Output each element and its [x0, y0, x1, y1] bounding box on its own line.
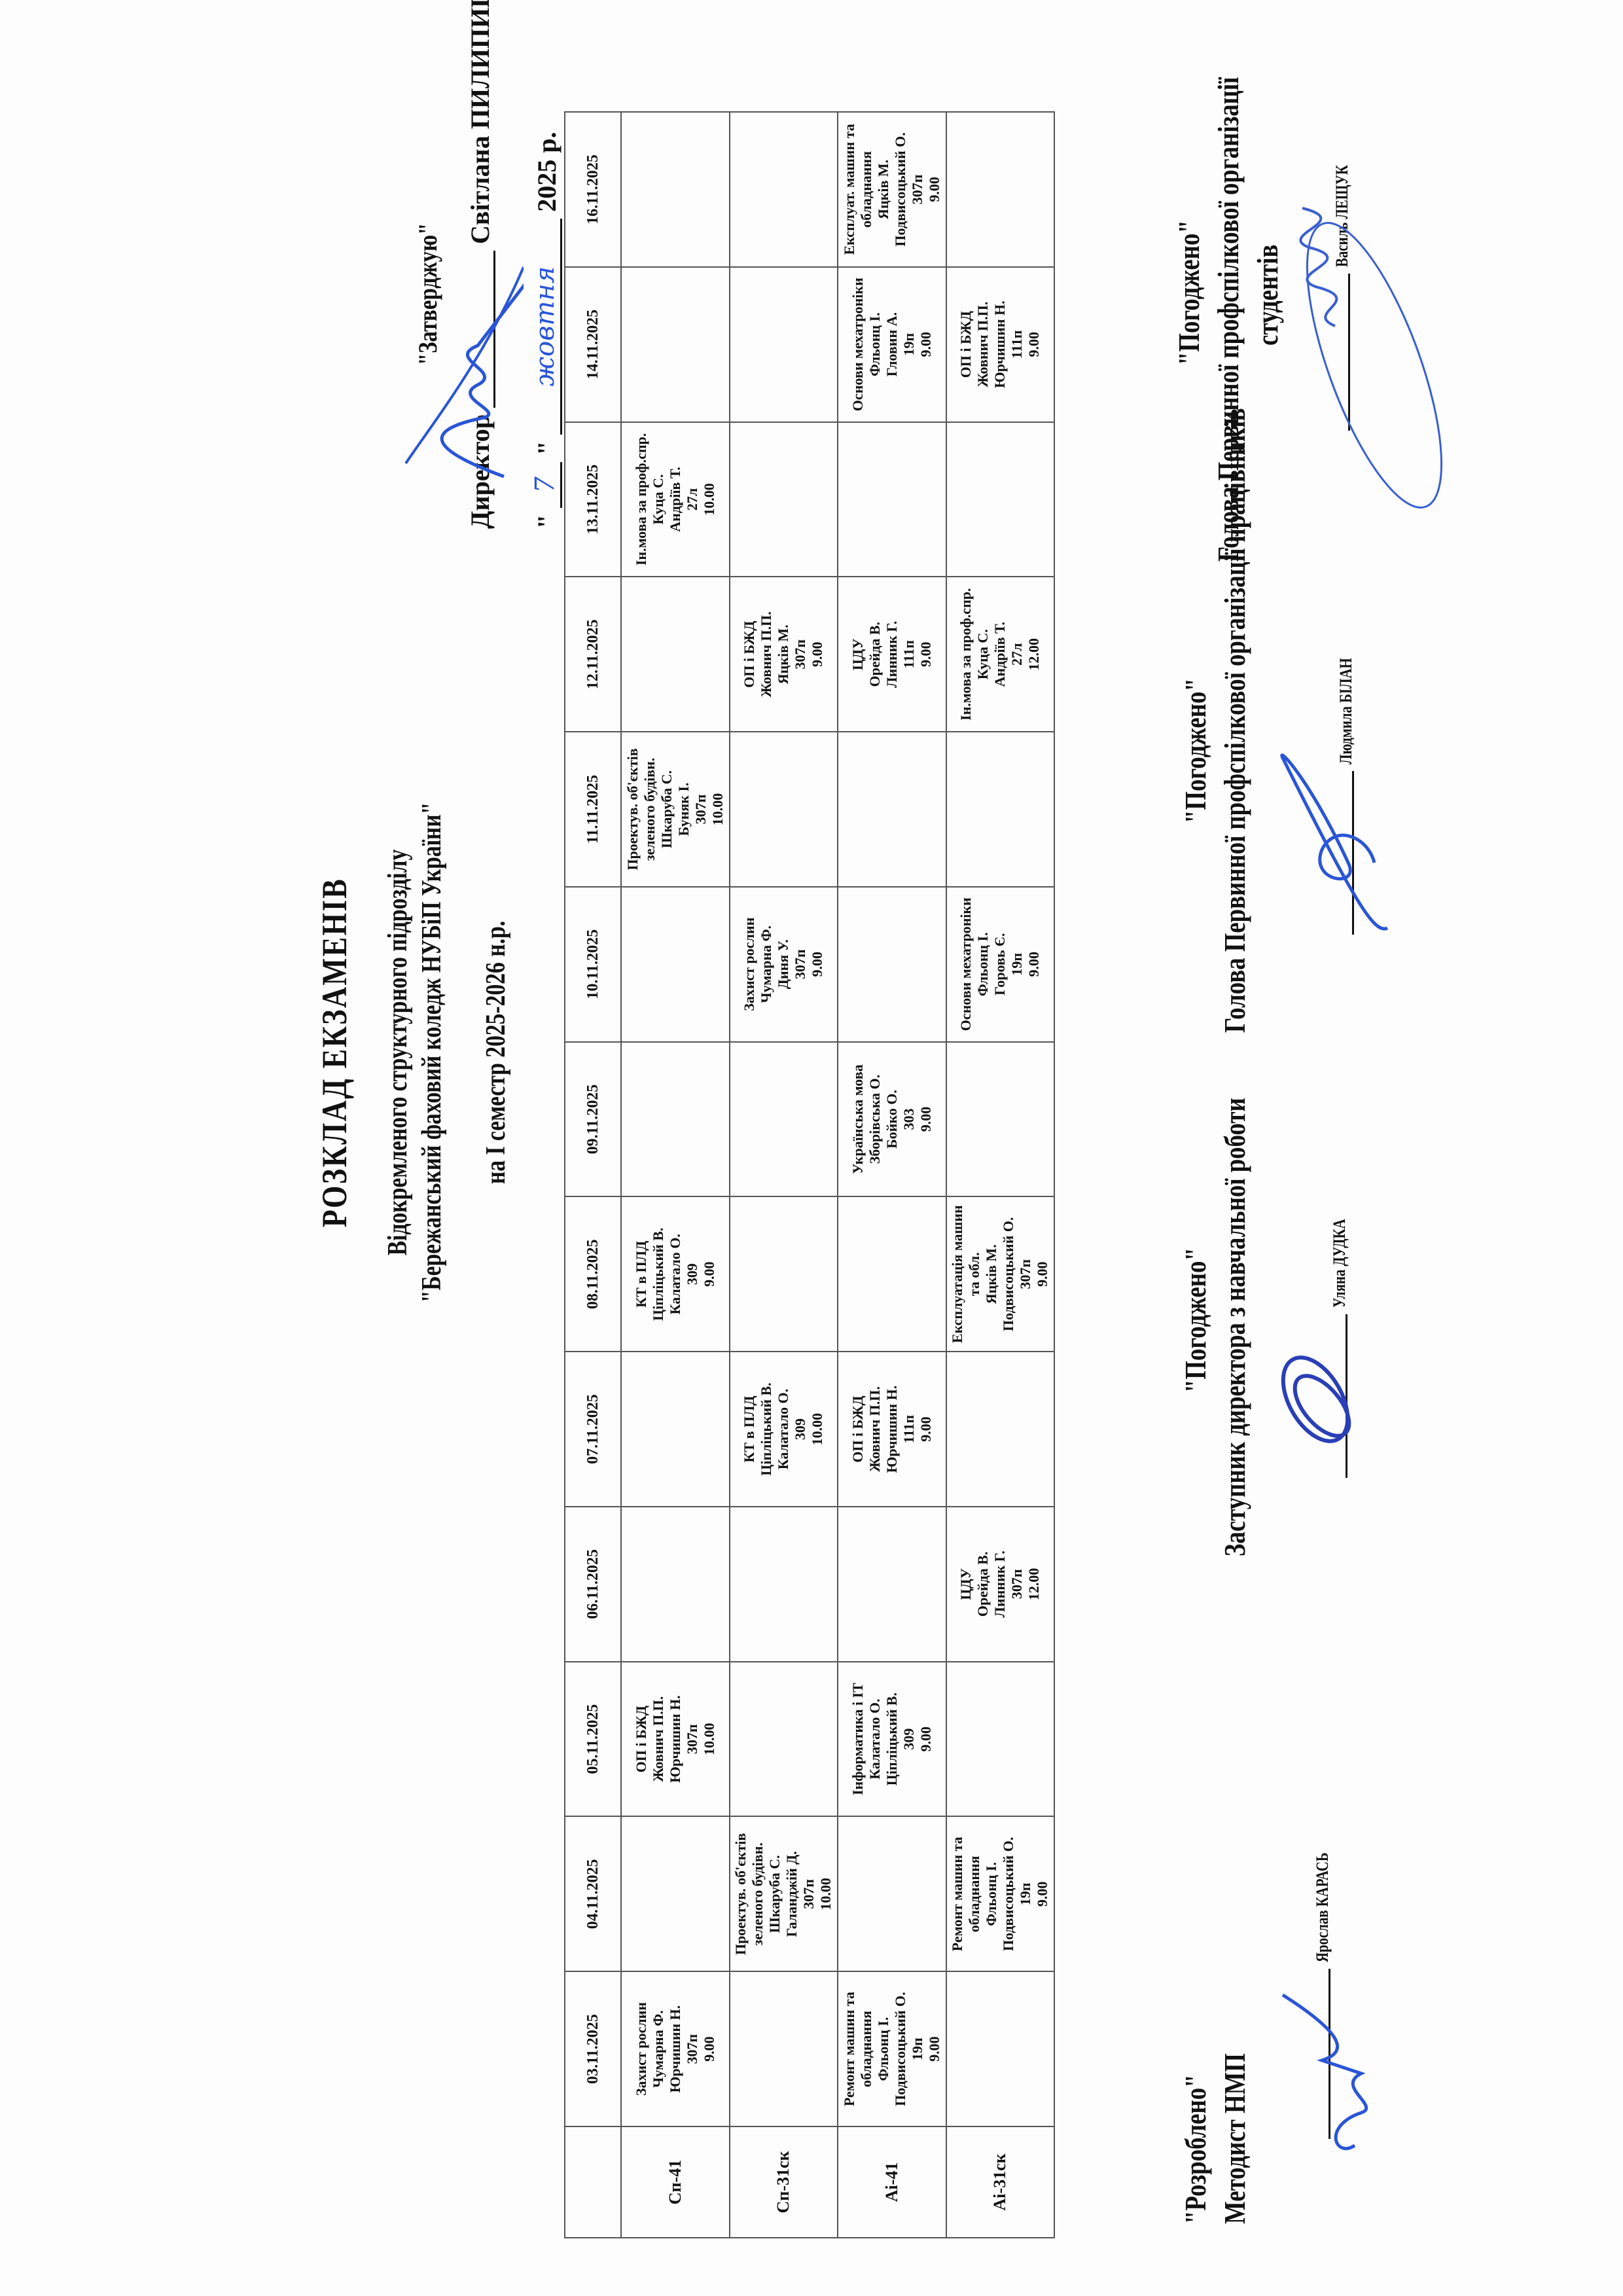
exam-cell-line: 307п	[792, 580, 809, 728]
exam-cell-line: Калатало О.	[775, 1355, 792, 1503]
exam-cell-line: Експлуат. машин та	[841, 115, 858, 264]
date-header: 06.11.2025	[565, 1507, 621, 1662]
exam-cell-line: зеленого будівн.	[641, 735, 658, 884]
exam-cell-line: 111п	[901, 1355, 918, 1503]
exam-cell-line: 10.00	[709, 735, 726, 884]
empty-cell	[730, 1662, 838, 1817]
exam-cell-line: 9.00	[1026, 270, 1043, 419]
exam-cell: Українська моваЗборівська О.Бойко О.3039…	[838, 1042, 946, 1197]
empty-cell	[730, 267, 838, 422]
exam-cell-line: ОП і БЖД	[849, 1355, 866, 1503]
exam-cell-line: 9.00	[918, 1355, 935, 1503]
empty-cell	[621, 1507, 730, 1662]
exam-cell-line: Проектув. об'єктів	[732, 1820, 749, 1968]
document-subtitle-semester: на І семестр 2025-2026 н.р.	[480, 712, 512, 1393]
exam-cell-line: 307п	[1017, 1200, 1034, 1348]
exam-cell-line: 111п	[1008, 270, 1026, 419]
empty-cell	[730, 1971, 838, 2126]
exam-cell-line: КТ в ПЛД	[633, 1200, 650, 1348]
exam-cell-line: 19п	[1008, 890, 1026, 1039]
exam-cell: Проектув. об'єктівзеленого будівн.Шкаруб…	[730, 1816, 838, 1971]
table-row: Аі-41Ремонт машин таобладнанняФльонц І.П…	[838, 112, 946, 2238]
empty-cell	[730, 1507, 838, 1662]
exam-cell-line: Подвисоцький О.	[1000, 1200, 1017, 1348]
exam-cell-line: Юрчишин Н.	[883, 1355, 901, 1503]
exam-cell-line: 307п	[684, 1975, 701, 2123]
empty-cell	[730, 1042, 838, 1197]
exam-cell: Захист рослинЧумарна Ф.Диня У.307п9.00	[730, 887, 838, 1042]
exam-cell: Захист рослинЧумарна Ф.Юрчишин Н.307п9.0…	[621, 1971, 730, 2126]
exam-cell-line: Українська мова	[849, 1045, 866, 1194]
empty-cell	[621, 1352, 730, 1507]
exam-cell: Основи мехатронікиФльонц І.Гловин А.19п9…	[838, 267, 946, 422]
exam-cell-line: 111п	[901, 580, 918, 728]
exam-cell: Експлуат. машин таобладнанняЯцків М.Подв…	[838, 112, 946, 267]
empty-cell	[621, 577, 730, 732]
exam-cell-line: Зборівська О.	[866, 1045, 883, 1194]
exam-cell-line: Калатало О.	[667, 1200, 684, 1348]
exam-cell: Інформатика і ІТКалатало О.Ціпліцький В.…	[838, 1662, 946, 1817]
signature-icon	[1257, 1969, 1387, 2165]
exam-cell-line: Линник Г.	[991, 1510, 1008, 1659]
exam-cell: ОП і БЖДЖовнич П.П.Яцків М.307п9.00	[730, 577, 838, 732]
exam-cell-line: 9.00	[918, 580, 935, 728]
exam-cell-line: Ціпліцький В.	[883, 1665, 901, 1814]
exam-cell-line: 307п	[1008, 1510, 1026, 1659]
exam-cell-line: Подвисоцький О.	[892, 115, 909, 264]
exam-cell-line: Жовнич П.П.	[650, 1665, 667, 1814]
exam-cell-line: 10.00	[701, 1665, 718, 1814]
table-row: Аі-31скРемонт машин таобладнанняФльонц І…	[946, 112, 1055, 2238]
empty-cell	[730, 422, 838, 577]
empty-cell	[730, 112, 838, 267]
exam-cell-line: Жовнич П.П.	[866, 1355, 883, 1503]
group-name: Аі-31ск	[946, 2126, 1055, 2238]
signature-icon	[1276, 195, 1472, 522]
corner-cell	[565, 2126, 621, 2238]
signature-status: "Погоджено"	[1178, 678, 1213, 823]
exam-cell-line: 9.00	[1026, 890, 1043, 1039]
exam-cell: Проектув. об'єктівзеленого будівн.Шкаруб…	[621, 732, 730, 887]
exam-cell-line: 307п	[692, 735, 709, 884]
exam-cell: ОП і БЖДЖовнич П.П.Юрчишин Н.111п9.00	[946, 267, 1055, 422]
quote-close: "	[532, 441, 562, 456]
empty-cell	[946, 422, 1055, 577]
exam-cell-line: 10.00	[701, 425, 718, 574]
empty-cell	[838, 732, 946, 887]
exam-cell-line: ОП і БЖД	[633, 1665, 650, 1814]
approval-date-row: " 7 " жовтня 2025 р.	[530, 132, 562, 529]
empty-cell	[838, 1816, 946, 1971]
exam-cell-line: Ціпліцький В.	[758, 1355, 775, 1503]
exam-cell-line: Буняк І.	[675, 735, 692, 884]
exam-cell-line: 10.00	[809, 1355, 826, 1503]
approval-director-name: Світлана ПИЛИПИШИН	[465, 0, 495, 244]
exam-cell-line: 9.00	[809, 890, 826, 1039]
exam-cell-line: Куца С.	[650, 425, 667, 574]
exam-cell: ОП і БЖДЖовнич П.П.Юрчишин Н.111п9.00	[838, 1352, 946, 1507]
empty-cell	[946, 1662, 1055, 1817]
exam-cell-line: 9.00	[701, 1975, 718, 2123]
exam-cell-line: Чумарна Ф.	[758, 890, 775, 1039]
signature-name: Ярослав КАРАСЬ	[1313, 1852, 1332, 1962]
signature-block-deputy-director: "Погоджено" Заступник директора з навчал…	[1178, 967, 1571, 1556]
exam-cell-line: Диня У.	[775, 890, 792, 1039]
exam-cell-line: Захист рослин	[741, 890, 758, 1039]
exam-cell-line: Фльонц І.	[866, 270, 883, 419]
document-subtitle-institution: Відокремленого структурного підрозділу	[381, 712, 415, 1393]
exam-cell-line: 9.00	[1034, 1200, 1051, 1348]
exam-cell-line: Калатало О.	[866, 1665, 883, 1814]
exam-cell-line: 19п	[909, 1975, 926, 2123]
table-row: Сп-41Захист рослинЧумарна Ф.Юрчишин Н.30…	[621, 112, 730, 2238]
exam-cell-line: Подвисоцький О.	[892, 1975, 909, 2123]
exam-cell-line: ЦДУ	[849, 580, 866, 728]
date-header: 16.11.2025	[565, 112, 621, 267]
exam-cell-line: Гловин А.	[883, 270, 901, 419]
exam-cell-line: Чумарна Ф.	[650, 1975, 667, 2123]
exam-cell-line: 9.00	[918, 1665, 935, 1814]
approval-day: 7	[530, 462, 562, 508]
schedule-header-row: 03.11.202504.11.202505.11.202506.11.2025…	[565, 112, 621, 2238]
signature-status: "Погоджено"	[1178, 1247, 1213, 1393]
empty-cell	[621, 887, 730, 1042]
exam-cell-line: Горовь Є.	[991, 890, 1008, 1039]
exam-cell-line: обладнання	[966, 1820, 983, 1968]
approval-year: 2025 р.	[532, 132, 562, 211]
document-title: РОЗКЛАД ЕКЗАМЕНІВ	[314, 704, 355, 1401]
exam-cell-line: 307п	[684, 1665, 701, 1814]
exam-cell-line: Юрчишин Н.	[991, 270, 1008, 419]
exam-cell-line: зеленого будівн.	[749, 1820, 766, 1968]
exam-cell-line: 12.00	[1026, 580, 1043, 728]
exam-cell-line: Фльонц І.	[983, 1820, 1000, 1968]
exam-cell: КТ в ПЛДЦіпліцький В.Калатало О.3099.00	[621, 1196, 730, 1352]
exam-cell-line: Ціпліцький В.	[650, 1200, 667, 1348]
exam-cell-line: Шкаруба С.	[658, 735, 675, 884]
exam-cell: Ін.мова за проф.спр.Куца С.Андріїв Т.27л…	[621, 422, 730, 577]
signature-position: Голова Первинної профспілкової організац…	[1211, 77, 1245, 562]
exam-cell: Ін.мова за проф.спр.Куца С.Андріїв Т.27л…	[946, 577, 1055, 732]
exam-cell-line: Основи мехатроніки	[957, 890, 974, 1039]
exam-cell-line: та обл.	[966, 1200, 983, 1348]
exam-cell-line: Юрчишин Н.	[667, 1975, 684, 2123]
exam-cell-line: Орейда В.	[974, 1510, 991, 1659]
signature-block-student-union: "Погоджено" Голова Первинної профспілков…	[1171, 5, 1577, 562]
exam-cell-line: 19п	[1017, 1820, 1034, 1968]
exam-cell-line: ОП і БЖД	[957, 270, 974, 419]
group-name: Аі-41	[838, 2126, 946, 2238]
exam-cell-line: Андріїв Т.	[667, 425, 684, 574]
group-name: Сп-41	[621, 2126, 730, 2238]
exam-cell-line: 27л	[684, 425, 701, 574]
exam-cell-line: Ремонт машин та	[841, 1975, 858, 2123]
exam-cell-line: 9.00	[918, 1045, 935, 1194]
empty-cell	[946, 1042, 1055, 1197]
empty-cell	[621, 112, 730, 267]
empty-cell	[621, 267, 730, 422]
empty-cell	[946, 1352, 1055, 1507]
exam-cell-line: 19п	[901, 270, 918, 419]
title-block: РОЗКЛАД ЕКЗАМЕНІВ Відокремленого структу…	[314, 627, 512, 1478]
date-header: 07.11.2025	[565, 1352, 621, 1507]
date-header: 05.11.2025	[565, 1662, 621, 1817]
exam-cell: КТ в ПЛДЦіпліцький В.Калатало О.30910.00	[730, 1352, 838, 1507]
signature-status: "Погоджено"	[1171, 220, 1206, 365]
exam-cell-line: Жовнич П.П.	[974, 270, 991, 419]
exam-cell-line: Юрчишин Н.	[667, 1665, 684, 1814]
exam-cell-line: 27л	[1008, 580, 1026, 728]
exam-cell-line: Подвисоцький О.	[1000, 1820, 1017, 1968]
exam-cell-line: 307п	[909, 115, 926, 264]
exam-cell: Ремонт машин таобладнанняФльонц І.Подвис…	[838, 1971, 946, 2126]
empty-cell	[730, 732, 838, 887]
exam-cell-line: Куца С.	[974, 580, 991, 728]
empty-cell	[621, 1042, 730, 1197]
date-header: 10.11.2025	[565, 887, 621, 1042]
empty-cell	[946, 732, 1055, 887]
exam-cell-line: Ін.мова за проф.спр.	[957, 580, 974, 728]
empty-cell	[621, 1816, 730, 1971]
exam-cell: ОП і БЖДЖовнич П.П.Юрчишин Н.307п10.00	[621, 1662, 730, 1817]
document-subtitle-college: "Бережанський фаховий коледж НУБіП Украї…	[415, 712, 449, 1393]
exam-cell: Основи мехатронікиФльонц І.Горовь Є.19п9…	[946, 887, 1055, 1042]
signature-position: Заступник директора з навчальної роботи	[1217, 1098, 1252, 1556]
exam-cell-line: 9.00	[809, 580, 826, 728]
empty-cell	[946, 1971, 1055, 2126]
exam-cell-line: ЦДУ	[957, 1510, 974, 1659]
exam-cell-line: Фльонц І.	[875, 1975, 892, 2123]
exam-cell-line: Андріїв Т.	[991, 580, 1008, 728]
rotated-document-page: РОЗКЛАД ЕКЗАМЕНІВ Відокремленого структу…	[0, 0, 1623, 2296]
empty-cell	[946, 112, 1055, 267]
exam-schedule-table: 03.11.202504.11.202505.11.202506.11.2025…	[564, 111, 1055, 2238]
exam-cell-line: 9.00	[918, 270, 935, 419]
group-name: Сп-31ск	[730, 2126, 838, 2238]
date-header: 14.11.2025	[565, 267, 621, 422]
date-header: 09.11.2025	[565, 1042, 621, 1197]
exam-cell-line: Проектув. об'єктів	[624, 735, 641, 884]
date-header: 12.11.2025	[565, 577, 621, 732]
date-header: 08.11.2025	[565, 1196, 621, 1352]
quote-open: "	[532, 514, 562, 529]
exam-cell-line: Шкаруба С.	[766, 1820, 783, 1968]
empty-cell	[730, 1196, 838, 1352]
approval-month: жовтня	[530, 219, 562, 435]
exam-cell-line: 303	[901, 1045, 918, 1194]
exam-cell-line: ОП і БЖД	[741, 580, 758, 728]
exam-cell-line: КТ в ПЛД	[741, 1355, 758, 1503]
exam-cell-line: Галанджій Д.	[783, 1820, 800, 1968]
signature-status: "Розроблено"	[1178, 2074, 1213, 2224]
exam-cell-line: обладнання	[858, 115, 875, 264]
director-signature-icon	[393, 254, 524, 490]
signature-icon	[1276, 1340, 1361, 1458]
empty-cell	[838, 1196, 946, 1352]
exam-cell-line: Яцків М.	[983, 1200, 1000, 1348]
exam-cell-line: 309	[792, 1355, 809, 1503]
exam-cell: ЦДУОрейда В.Линник Г.307п12.00	[946, 1507, 1055, 1662]
exam-cell-line: Основи мехатроніки	[849, 270, 866, 419]
exam-cell-line: Бойко О.	[883, 1045, 901, 1194]
exam-cell: ЦДУОрейда В.Линник Г.111п9.00	[838, 577, 946, 732]
exam-cell: Експлуатація машинта обл.Яцків М.Подвисо…	[946, 1196, 1055, 1352]
signature-block-methodist: "Розроблено" Методист НМП Ярослав КАРАСЬ	[1178, 1766, 1571, 2224]
exam-cell-line: Яцків М.	[875, 115, 892, 264]
empty-cell	[838, 1507, 946, 1662]
exam-cell-line: Інформатика і ІТ	[849, 1665, 866, 1814]
exam-cell-line: Яцків М.	[775, 580, 792, 728]
date-header: 04.11.2025	[565, 1816, 621, 1971]
signature-icon	[1270, 745, 1400, 941]
exam-cell-line: 9.00	[926, 1975, 943, 2123]
date-header: 11.11.2025	[565, 732, 621, 887]
exam-cell-line: 307п	[792, 890, 809, 1039]
exam-cell-line: Захист рослин	[633, 1975, 650, 2123]
exam-cell-line: 9.00	[926, 115, 943, 264]
date-header: 13.11.2025	[565, 422, 621, 577]
exam-cell-line: 12.00	[1026, 1510, 1043, 1659]
exam-cell-line: Орейда В.	[866, 580, 883, 728]
exam-cell-line: обладнання	[858, 1975, 875, 2123]
date-header: 03.11.2025	[565, 1971, 621, 2126]
signature-name: Уляна ДУДКА	[1330, 1219, 1349, 1308]
exam-cell-line: 10.00	[817, 1820, 834, 1968]
exam-cell: Ремонт машин таобладнанняФльонц І.Подвис…	[946, 1816, 1055, 1971]
table-row: Сп-31скПроектув. об'єктівзеленого будівн…	[730, 112, 838, 2238]
empty-cell	[838, 887, 946, 1042]
exam-cell-line: 307п	[800, 1820, 817, 1968]
exam-cell-line: 309	[901, 1665, 918, 1814]
exam-cell-line: Експлуатація машин	[949, 1200, 966, 1348]
exam-cell-line: 9.00	[1034, 1820, 1051, 1968]
exam-cell-line: Ін.мова за проф.спр.	[633, 425, 650, 574]
signature-position: Методист НМП	[1217, 2053, 1252, 2224]
empty-cell	[838, 422, 946, 577]
exam-cell-line: Фльонц І.	[974, 890, 991, 1039]
exam-cell-line: Линник Г.	[883, 580, 901, 728]
exam-cell-line: Ремонт машин та	[949, 1820, 966, 1968]
exam-cell-line: 309	[684, 1200, 701, 1348]
exam-cell-line: 9.00	[701, 1200, 718, 1348]
exam-cell-line: Жовнич П.П.	[758, 580, 775, 728]
